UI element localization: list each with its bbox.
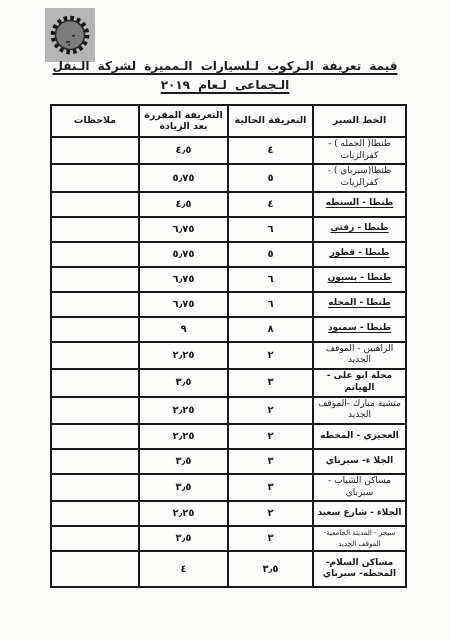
current-tariff-cell: ٣	[228, 449, 313, 474]
route-cell: العجيزي - المحطه	[313, 424, 406, 449]
route-cell: محلة ابو على - الهياتم	[313, 369, 406, 396]
current-tariff-cell: ٣٫٥	[228, 551, 313, 587]
increased-tariff-cell: ٢٫٢٥	[139, 397, 228, 424]
route-cell: طنطا - سمنود	[313, 317, 406, 342]
notes-cell	[51, 397, 139, 424]
document-title: قيمة تعريفة الـركوب لـلسيارات الـمميزة ل…	[0, 57, 450, 94]
table-row: مساكن السلام-المحطه- سبرباي٣٫٥٤	[51, 551, 406, 587]
current-tariff-cell: ٤	[228, 192, 313, 217]
current-tariff-cell: ٦	[228, 217, 313, 242]
current-tariff-cell: ٢	[228, 342, 313, 369]
current-tariff-column-header: التعريفة الحالية	[228, 105, 313, 137]
route-cell: طنطا - بسيون	[313, 267, 406, 292]
notes-cell	[51, 369, 139, 396]
title-line-2: الـجماعى لـعام ٢٠١٩	[0, 76, 450, 95]
current-tariff-cell: ٦	[228, 292, 313, 317]
notes-cell	[51, 164, 139, 191]
notes-cell	[51, 526, 139, 551]
increased-tariff-cell: ٦٫٧٥	[139, 217, 228, 242]
increased-tariff-cell: ٥٫٧٥	[139, 242, 228, 267]
table-row: طنطا - زفتى٦٦٫٧٥	[51, 217, 406, 242]
current-tariff-cell: ٤	[228, 137, 313, 164]
notes-cell	[51, 137, 139, 164]
current-tariff-cell: ٣	[228, 369, 313, 396]
route-cell: منشية مبارك -الموقف الجديد	[313, 397, 406, 424]
increased-tariff-cell: ٩	[139, 317, 228, 342]
notes-cell	[51, 242, 139, 267]
current-tariff-cell: ٥	[228, 164, 313, 191]
increased-tariff-cell: ٥٫٧٥	[139, 164, 228, 191]
notes-cell	[51, 342, 139, 369]
table-row: الجلاء - شارع سعيد٢٢٫٢٥	[51, 501, 406, 526]
table-row: الراهبين - الموقف الجديد٢٢٫٢٥	[51, 342, 406, 369]
increased-tariff-cell: ٤٫٥	[139, 137, 228, 164]
notes-cell	[51, 474, 139, 501]
table-row: منشية مبارك -الموقف الجديد٢٢٫٢٥	[51, 397, 406, 424]
current-tariff-cell: ٥	[228, 242, 313, 267]
increased-tariff-cell: ٣٫٥	[139, 369, 228, 396]
table-row: طنطا - قطور٥٥٫٧٥	[51, 242, 406, 267]
notes-cell	[51, 192, 139, 217]
current-tariff-cell: ٣	[228, 526, 313, 551]
route-cell: الراهبين - الموقف الجديد	[313, 342, 406, 369]
increased-tariff-cell: ٤٫٥	[139, 192, 228, 217]
table-header-row: الخط السير التعريفة الحالية التعريفة الم…	[51, 105, 406, 137]
increased-tariff-cell: ٦٫٧٥	[139, 267, 228, 292]
table-row: طنطا - السنطه٤٤٫٥	[51, 192, 406, 217]
current-tariff-cell: ٦	[228, 267, 313, 292]
table-row: سيجر - المدينة الجامعية- الموقف الجديد٣٣…	[51, 526, 406, 551]
increased-tariff-cell: ٢٫٢٥	[139, 342, 228, 369]
table-row: طنطا(سبرباي ) - كفرالزيات٥٥٫٧٥	[51, 164, 406, 191]
route-cell: مساكن السلام-المحطه- سبرباي	[313, 551, 406, 587]
route-cell: طنطا - زفتى	[313, 217, 406, 242]
increased-tariff-cell: ٤	[139, 551, 228, 587]
current-tariff-cell: ٨	[228, 317, 313, 342]
route-cell: طنطا - المحله	[313, 292, 406, 317]
route-cell: طنطا - السنطه	[313, 192, 406, 217]
increased-tariff-cell: ٢٫٢٥	[139, 501, 228, 526]
route-cell: سيجر - المدينة الجامعية- الموقف الجديد	[313, 526, 406, 551]
fare-table: الخط السير التعريفة الحالية التعريفة الم…	[50, 104, 407, 588]
gear-stamp-icon	[45, 8, 95, 62]
notes-cell	[51, 292, 139, 317]
table-row: طنطا - سمنود٨٩	[51, 317, 406, 342]
notes-cell	[51, 449, 139, 474]
table-row: العجيزي - المحطه٢٢٫٢٥	[51, 424, 406, 449]
increased-tariff-cell: ٦٫٧٥	[139, 292, 228, 317]
table-row: طنطا - بسيون٦٦٫٧٥	[51, 267, 406, 292]
table-row: طنطا - المحله٦٦٫٧٥	[51, 292, 406, 317]
notes-column-header: ملاحظات	[51, 105, 139, 137]
notes-cell	[51, 501, 139, 526]
table-row: طنطا( الجمله ) - كفرالزيات٤٤٫٥	[51, 137, 406, 164]
notes-cell	[51, 317, 139, 342]
current-tariff-cell: ٢	[228, 397, 313, 424]
notes-cell	[51, 267, 139, 292]
title-line-1: قيمة تعريفة الـركوب لـلسيارات الـمميزة ل…	[0, 57, 450, 76]
table-row: محلة ابو على - الهياتم٣٣٫٥	[51, 369, 406, 396]
table-row: مساكن الشباب - سبرباي٣٣٫٥	[51, 474, 406, 501]
notes-cell	[51, 424, 139, 449]
fare-table-body: طنطا( الجمله ) - كفرالزيات٤٤٫٥طنطا(سبربا…	[51, 137, 406, 587]
increased-tariff-cell: ٢٫٢٥	[139, 424, 228, 449]
gear-stamp-svg	[45, 8, 95, 62]
route-cell: الجلا ء- سبرباي	[313, 449, 406, 474]
scanned-document-page: { "document": { "title_line1": "قيمة تعر…	[0, 0, 450, 640]
current-tariff-cell: ٢	[228, 501, 313, 526]
increased-tariff-cell: ٣٫٥	[139, 474, 228, 501]
current-tariff-cell: ٣	[228, 474, 313, 501]
route-cell: طنطا - قطور	[313, 242, 406, 267]
table-row: الجلا ء- سبرباي٣٣٫٥	[51, 449, 406, 474]
increased-tariff-cell: ٣٫٥	[139, 449, 228, 474]
route-column-header: الخط السير	[313, 105, 406, 137]
route-cell: مساكن الشباب - سبرباي	[313, 474, 406, 501]
notes-cell	[51, 217, 139, 242]
notes-cell	[51, 551, 139, 587]
route-cell: طنطا( الجمله ) - كفرالزيات	[313, 137, 406, 164]
route-cell: الجلاء - شارع سعيد	[313, 501, 406, 526]
increased-tariff-column-header: التعريفة المقررة بعد الزيادة	[139, 105, 228, 137]
route-cell: طنطا(سبرباي ) - كفرالزيات	[313, 164, 406, 191]
increased-tariff-cell: ٣٫٥	[139, 526, 228, 551]
current-tariff-cell: ٢	[228, 424, 313, 449]
